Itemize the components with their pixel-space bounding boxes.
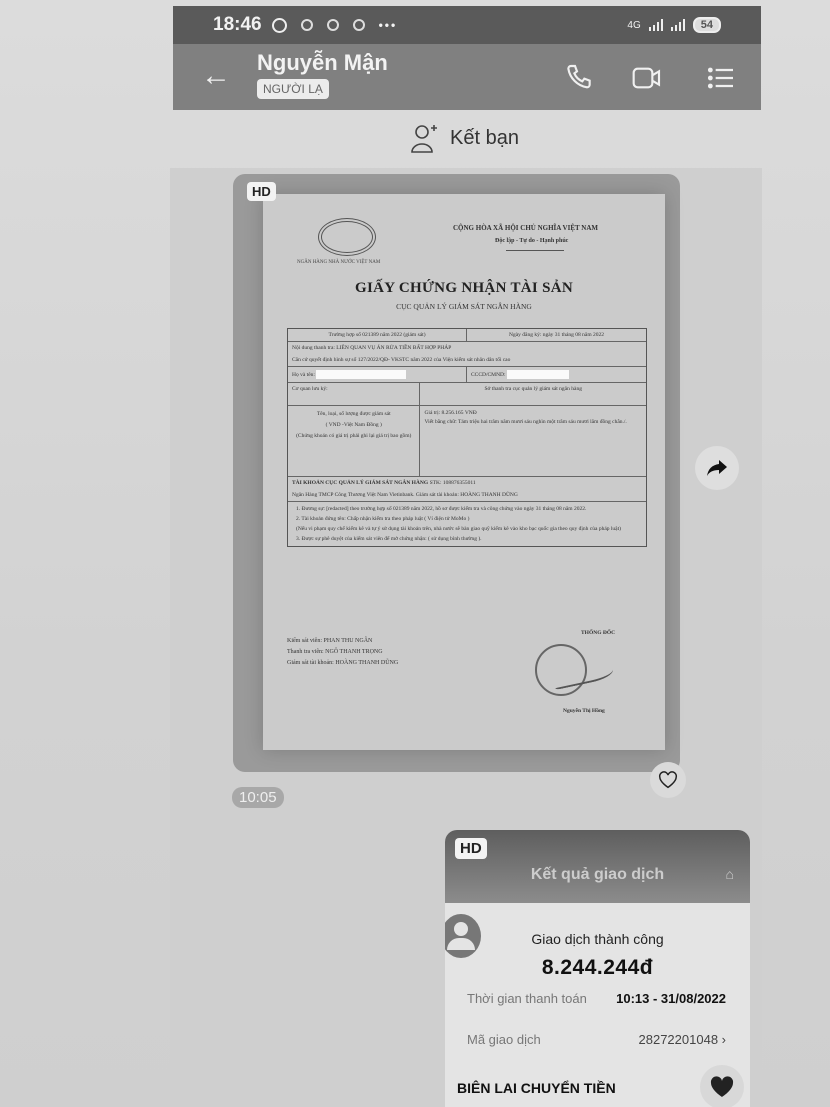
doc-item: 3. Được sự phê duyệt của kiểm sát viên đ… (296, 534, 638, 544)
back-arrow-icon[interactable]: ← (201, 62, 231, 92)
doc-signer: Thanh tra viên: NGÔ THANH TRỌNG (287, 647, 398, 658)
hd-badge: HD (455, 838, 487, 859)
receipt-row-label: Mã giao dịch (467, 1032, 541, 1047)
notification-icon (301, 19, 313, 31)
receipt-row: Mã giao dịch 28272201048 › (467, 1032, 726, 1047)
doc-name-label: Họ và tên: (292, 372, 315, 378)
chat-header: ← Nguyễn Mận NGƯỜI LẠ (173, 44, 761, 110)
doc-title: GIẤY CHỨNG NHẬN TÀI SẢN (263, 280, 665, 297)
like-button[interactable] (650, 762, 686, 798)
receipt-row-label: Thời gian thanh toán (467, 991, 587, 1006)
message-time: 10:05 (232, 787, 284, 808)
doc-director-name: Nguyễn Thị Hồng (563, 708, 605, 714)
contact-name[interactable]: Nguyễn Mận (257, 50, 388, 76)
doc-basis: Căn cứ quyết định hình sự số 127/2022/QĐ… (288, 354, 646, 366)
doc-storage-value: Sở thanh tra cục quản lý giám sát ngân h… (420, 383, 646, 405)
doc-item: 1. Đương sự: [redacted] theo trường hợp … (296, 504, 638, 514)
heart-filled-icon (710, 1076, 734, 1098)
reaction-button[interactable] (700, 1065, 744, 1107)
receipt-row: Thời gian thanh toán 10:13 - 31/08/2022 (467, 991, 726, 1006)
doc-signers: Kiểm sát viên: PHAN THU NGÂN Thanh tra v… (287, 636, 398, 669)
doc-value: Giá trị: 8.256.165 VNĐ (424, 409, 642, 418)
phone-icon[interactable] (563, 62, 595, 94)
receipt-footer: BIÊN LAI CHUYỂN TIỀN (457, 1080, 616, 1096)
video-call-icon[interactable] (631, 62, 663, 94)
divider (506, 250, 564, 251)
doc-account-heading: TÀI KHOẢN CỤC QUẢN LÝ GIÁM SÁT NGÂN HÀNG (292, 480, 428, 486)
doc-subtitle: CỤC QUẢN LÝ GIÁM SÁT NGÂN HÀNG (263, 302, 665, 311)
doc-asset-label: Tên, loại, số lượng được giám sát (292, 409, 415, 420)
add-friend-icon (410, 122, 440, 154)
doc-value-words: Viết bằng chữ: Tám triệu hai trăm năm mư… (424, 418, 642, 427)
notification-icons: ••• (272, 18, 398, 33)
redacted-block (507, 370, 569, 379)
receipt-row-value: 10:13 - 31/08/2022 (616, 991, 726, 1006)
home-icon: ⌂ (726, 866, 734, 882)
bank-logo-icon (318, 218, 376, 256)
doc-table: Trường hợp số 021389 năm 2022 (giám sát)… (287, 328, 647, 547)
signal-icon (649, 19, 663, 31)
doc-account-bank: Ngân Hàng TMCP Công Thương Việt Nam Viet… (288, 489, 646, 501)
receipt-status: Giao dịch thành công (445, 931, 750, 947)
doc-inspection-content: Nội dung thanh tra: LIÊN QUAN VỤ ÁN RỬA … (288, 342, 646, 354)
certificate-document: NGÂN HÀNG NHÀ NƯỚC VIỆT NAM CỘNG HÒA XÃ … (263, 194, 665, 750)
doc-register-date: Ngày đăng ký: ngày 31 tháng 08 năm 2022 (467, 329, 646, 341)
forward-icon (706, 459, 728, 477)
receipt-row-value: 28272201048 › (639, 1032, 726, 1047)
doc-signer: Giám sát tài khoản: HOÀNG THANH DŨNG (287, 658, 398, 669)
more-notifications-icon: ••• (379, 18, 398, 32)
notification-icon (327, 19, 339, 31)
network-type: 4G (627, 20, 640, 31)
heart-outline-icon (658, 771, 678, 789)
add-friend-button[interactable]: Kết bạn (410, 122, 519, 154)
doc-republic: CỘNG HÒA XÃ HỘI CHỦ NGHĨA VIỆT NAM (453, 224, 598, 232)
receipt-amount: 8.244.244đ (445, 956, 750, 980)
doc-item: 2. Tài khoản đứng tên: Chấp nhận kiểm tr… (296, 514, 638, 524)
battery-icon: 54 (693, 17, 721, 33)
redacted-block (316, 370, 406, 379)
stranger-badge: NGƯỜI LẠ (257, 79, 329, 99)
doc-storage-label: Cơ quan lưu ký: (288, 383, 420, 405)
doc-case-no: Trường hợp số 021389 năm 2022 (giám sát) (288, 329, 467, 341)
signal-icon (671, 19, 685, 31)
doc-asset-label: (Chứng khoán có giá trị phải ghi lại giá… (292, 431, 415, 442)
forward-button[interactable] (695, 446, 739, 490)
hd-badge: HD (247, 182, 276, 201)
menu-list-icon[interactable] (705, 62, 737, 94)
status-bar: 18:46 ••• 4G 54 (173, 6, 761, 44)
doc-bank-name: NGÂN HÀNG NHÀ NƯỚC VIỆT NAM (297, 260, 380, 265)
doc-motto: Độc lập - Tự do - Hạnh phúc (495, 238, 568, 244)
notification-icon (353, 19, 365, 31)
doc-asset-label: ( VND -Việt Nam Đồng ) (292, 420, 415, 431)
add-friend-label: Kết bạn (450, 127, 519, 150)
receipt-title: Kết quả giao dịch (445, 866, 750, 884)
status-time: 18:46 (213, 14, 262, 36)
doc-account-number: STK: 108876355011 (430, 480, 476, 486)
doc-item: (Nếu vi phạm quy chế kiểm kê và tự ý sử … (296, 524, 638, 534)
image-message-receipt[interactable]: Kết quả giao dịch ⌂ Giao dịch thành công… (445, 830, 750, 1107)
doc-id-label: CCCD/CMND: (471, 372, 506, 378)
doc-signer: Kiểm sát viên: PHAN THU NGÂN (287, 636, 398, 647)
doc-director-title: THỐNG ĐỐC (581, 630, 615, 636)
alarm-icon (272, 18, 287, 33)
